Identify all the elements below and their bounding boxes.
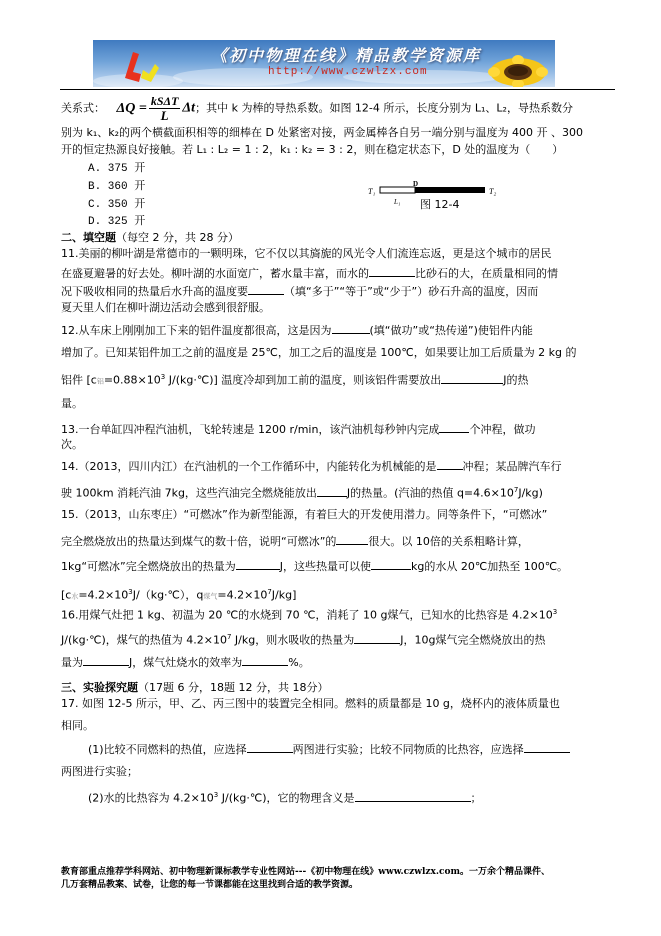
q11-line1: 11.美丽的柳叶湖是常德市的一颗明珠，它不仅以其旖旎的风光令人们流连忘返，更是这… (61, 247, 552, 261)
answer-blank[interactable] (83, 654, 129, 666)
q15-line3: 1kg“可燃冰”完全燃烧放出的热量为J，这些热量可以使kg的水从 20℃加热至 … (61, 558, 568, 574)
q15-line1: 15.（2013，山东枣庄）“可燃冰”作为新型能源，有着巨大的开发使用潜力。同等… (61, 508, 547, 522)
q10-option-a: A. 375 开 (88, 162, 145, 176)
q10-option-c: C. 350 开 (88, 198, 145, 212)
answer-blank[interactable] (236, 558, 280, 570)
answer-blank[interactable] (336, 533, 368, 545)
q11-line4: 夏天里人们在柳叶湖边活动会感到很舒服。 (61, 301, 270, 315)
q17-sub1-cont: 两图进行实验； (61, 765, 138, 779)
q10-line2: 别为 k₁、k₂的两个横截面积相等的细棒在 D 处紧密对接，两金属棒各自另一端分… (61, 126, 583, 140)
q14-line1: 14.（2013，四川内江）在汽油机的一个工作循环中，内能转化为机械能的是冲程；… (61, 458, 562, 474)
answer-blank[interactable] (439, 421, 469, 433)
q12-line2: 增加了。已知某铝件加工之前的温度是 25℃，加工之后的温度是 100℃，如果要让… (61, 346, 577, 360)
q12-line3: 铝件 [c铝=0.88×103 J/(kg·℃)] 温度冷却到加工前的温度，则该… (61, 370, 529, 389)
sunflower-icon (488, 54, 548, 87)
t1-label: T₁ (368, 187, 375, 196)
q14-line2: 驶 100km 消耗汽油 7kg，这些汽油完全燃烧能放出J的热量。(汽油的热值 … (61, 483, 543, 501)
q15-line4: [c水=4.2×103J/（kg·℃），q煤气=4.2×107J/kg] (61, 585, 296, 604)
q10-line3: 开的恒定热源良好接触。若 L₁ : L₂ = 1 : 2，k₁ : k₂ = 3… (61, 143, 563, 157)
answer-blank[interactable] (247, 741, 293, 753)
q11-line2: 在盛夏避暑的好去处。柳叶湖的水面宽广，蓄水量丰富，而水的比砂石的大，在质量相同的… (61, 265, 558, 281)
footer-line1: 教育部重点推荐学科网站、初中物理新课标教学专业性网站---《初中物理在线》www… (61, 866, 550, 878)
q12-line1: 12.从车床上刚刚加工下来的铝件温度都很高，这是因为(填“做功”或“热传递”)使… (61, 322, 533, 338)
answer-blank[interactable] (317, 485, 347, 497)
q10-option-b: B. 360 开 (88, 180, 145, 194)
answer-blank[interactable] (437, 458, 463, 470)
q16-line1: 16.用煤气灶把 1 kg、初温为 20 ℃的水烧到 70 ℃，消耗了 10 g… (61, 605, 557, 623)
answer-blank[interactable] (355, 790, 471, 802)
svg-text:T₂: T₂ (489, 187, 496, 196)
answer-blank[interactable] (354, 632, 400, 644)
figure-caption: 图 12-4 (420, 196, 459, 212)
site-logo-icon (123, 50, 163, 84)
q10-formula-line: 关系式： ΔQ =kSΔTLΔt；其中 k 为棒的导热系数。如图 12-4 所示… (61, 95, 573, 122)
header-divider (60, 89, 615, 90)
answer-blank[interactable] (242, 654, 288, 666)
document-page: 《初中物理在线》精品教学资源库 http://www.czwlzx.com 关系… (0, 0, 661, 936)
q17-sub2: (2)水的比热容为 4.2×103 J/(kg·℃)，它的物理含义是； (88, 788, 482, 806)
q15-line2: 完全燃烧放出的热量达到煤气的数十倍，说明“可燃冰”的很大。以 10倍的关系粗略计… (61, 533, 529, 549)
q11-line3: 况下吸收相同的热量后水升高的温度要（填“多于”“等于”或“少于”）砂石升高的温度… (61, 283, 538, 299)
answer-blank[interactable] (441, 372, 503, 384)
header-banner: 《初中物理在线》精品教学资源库 http://www.czwlzx.com (93, 40, 555, 87)
answer-blank[interactable] (369, 265, 415, 277)
section-2-heading: 二、填空题（每空 2 分，共 28 分） (61, 231, 239, 245)
svg-text:D: D (413, 180, 418, 188)
footer-line2: 几万套精品教案、试卷，让您的每一节课都能在这里找到合适的教学资源。 (61, 879, 358, 891)
q17-sub1: (1)比较不同燃料的热值，应选择两图进行实验；比较不同物质的比热容，应选择 (88, 741, 570, 757)
q13-line1: 13.一台单缸四冲程汽油机，飞轮转速是 1200 r/min，该汽油机每秒钟内完… (61, 421, 535, 437)
q12-line4: 量。 (61, 397, 83, 411)
q16-line3: 量为J，煤气灶烧水的效率为%。 (61, 654, 310, 670)
answer-blank[interactable] (371, 558, 411, 570)
answer-blank[interactable] (524, 741, 570, 753)
banner-title: 《初中物理在线》精品教学资源库 (211, 43, 481, 66)
q17-line1: 17. 如图 12-5 所示，甲、乙、丙三图中的装置完全相同。燃料的质量都是 1… (61, 697, 560, 711)
answer-blank[interactable] (332, 322, 370, 334)
formula-lhs: ΔQ = (117, 101, 147, 116)
svg-text:L₁: L₁ (393, 198, 400, 206)
q10-option-d: D. 325 开 (88, 215, 145, 229)
q16-line2: J/(kg·℃)，煤气的热值为 4.2×107 J/kg，则水吸收的热量为J，1… (61, 630, 545, 648)
answer-blank[interactable] (248, 283, 284, 295)
q17-line2: 相同。 (61, 719, 94, 733)
banner-url: http://www.czwlzx.com (268, 66, 428, 78)
formula-fraction: kSΔTL (149, 95, 181, 122)
q13-line2: 次。 (61, 438, 83, 452)
section-3-heading: 三、实验探究题（17题 6 分，18题 12 分，共 18分） (61, 681, 328, 695)
